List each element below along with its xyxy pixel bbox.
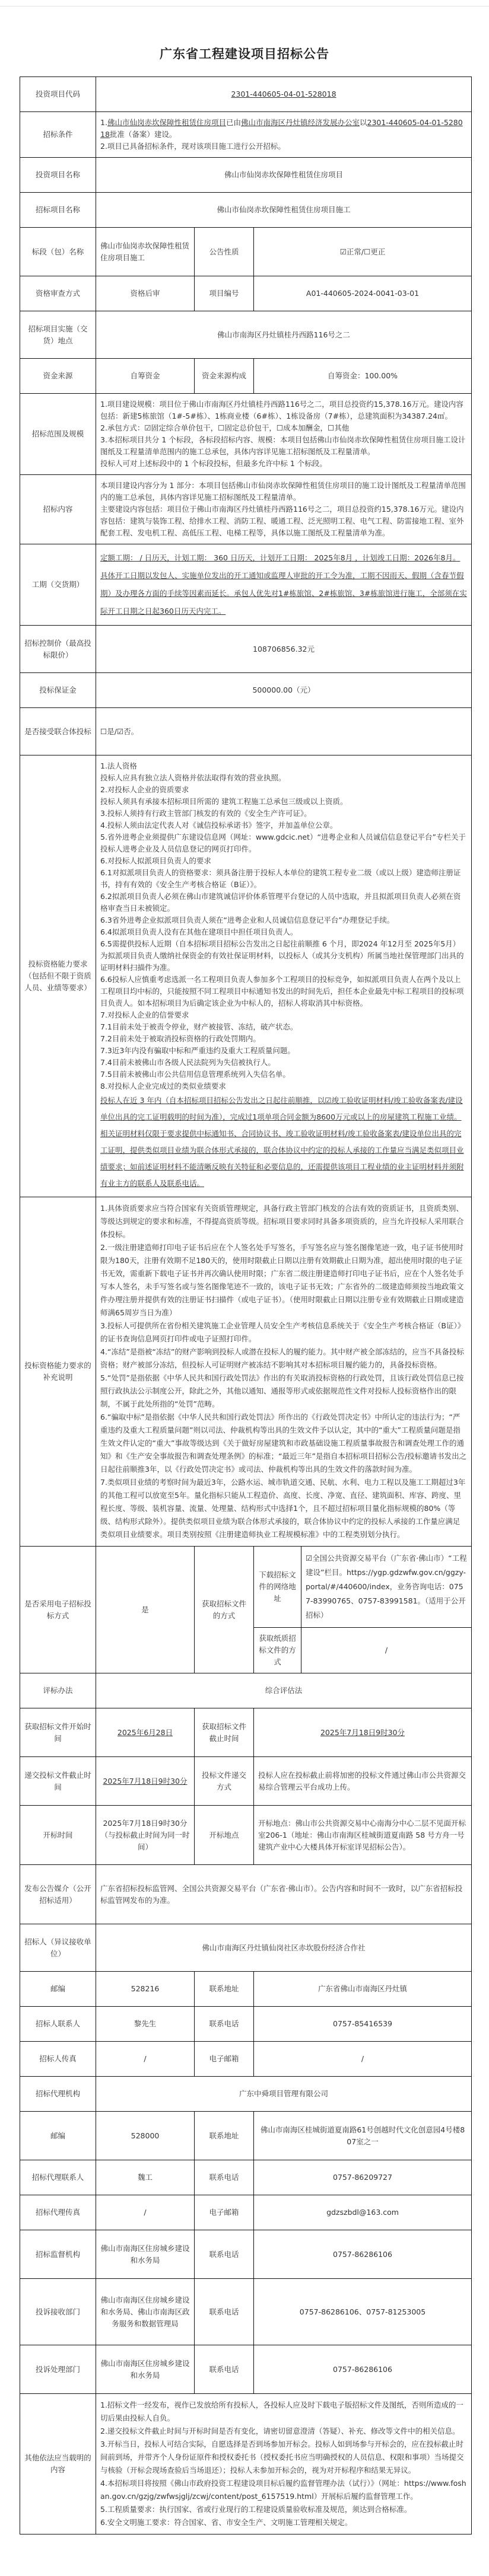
- label: 获取招标文件截止时间: [195, 1708, 254, 1757]
- row-consortium: 是否接受联合体投标 ☐是/☑否。: [20, 708, 472, 755]
- text: 投标人应具有独立法人资格并依法取得有效的营业执照。: [100, 772, 467, 784]
- project-name: 佛山市仙岗赤坎保障性租赁住房项目: [107, 118, 226, 127]
- label: 招标人联系人: [20, 2007, 96, 2042]
- label: 资金来源构成: [195, 359, 254, 394]
- address-value: 广东省佛山市南海区丹灶镇: [254, 1972, 472, 2007]
- text: 1.具体资质要求应当符合国家有关资质管理规定，具备行政主管部门核发的合法有效的资…: [100, 1202, 467, 1241]
- phone-value: 0757-86209727: [254, 2160, 472, 2195]
- text: 7.4目前未被佛山市各级人民法院列为失信被执行人。: [100, 1057, 467, 1069]
- label: 招标项目名称: [20, 193, 96, 228]
- contact-value: 魏工: [96, 2160, 195, 2195]
- label: 邮编: [20, 1972, 96, 2007]
- row-media: 发布公告媒介（公开招标适用） 广东省招标投标监管网、全国公共资源交易平台（广东省…: [20, 1865, 472, 1924]
- label: 投诉接收部门: [20, 2279, 96, 2345]
- label: 电子邮箱: [195, 2195, 254, 2230]
- text: 3.开标当日，投标人可结合实际，自愿选择是否到场参加开标会。投标人如到场参与开标…: [100, 2438, 467, 2477]
- label: 招标代理传真: [20, 2195, 96, 2230]
- evaluation-method-value: 综合评估法: [96, 1673, 472, 1708]
- page-title: 广东省工程建设项目招标公告: [0, 7, 489, 76]
- text: 3.本招标项目共分 1 个标段，各标段招标内容、规模：本项目包括佛山市仙岗赤坎保…: [100, 434, 467, 458]
- row-supplement: 投标资格能力要求的补充说明 1.具体资质要求应当符合国家有关资质管理规定，具备行…: [20, 1197, 472, 1547]
- text: 1.: [100, 118, 107, 127]
- phone-value: 0757-86286106: [254, 2230, 472, 2279]
- text: 8.对投标人企业完成过的类似业绩要求: [100, 1080, 467, 1092]
- label: 联系电话: [195, 2007, 254, 2042]
- text: 7.1目前未处于被责令停业，财产被接管、冻结，破产状态。: [100, 1021, 467, 1033]
- top-divider: [0, 0, 489, 7]
- text: 3.投标人可提供所在省份相关建筑施工企业管理人员安全生产考核信息系统关于《安全生…: [100, 1319, 467, 1346]
- label: 招标代理联系人: [20, 2160, 96, 2195]
- row-tender-conditions: 招标条件 1.佛山市仙岗赤坎保障性租赁住房项目已由佛山市南海区丹灶镇经济发展办公…: [20, 112, 472, 158]
- notice-nature-checkbox: ☑正常/☐更正: [254, 228, 472, 276]
- text: 7.5目前未被佛山市公共信用信息管理系统列入失信名单。: [100, 1069, 467, 1080]
- email-link[interactable]: gdzszbdl@163.com: [254, 2195, 472, 2230]
- text: 2.一级注册建造师打印电子证书后应在个人签名处手写签名，手写签名应与签名图像笔迹…: [100, 1241, 467, 1319]
- label: 投标保证金: [20, 673, 96, 708]
- row-tender-project-name: 招标项目名称 佛山市仙岗赤坎保障性租赁住房项目施工: [20, 193, 472, 228]
- row-agency: 招标代理机构 广东中舜项目管理有限公司: [20, 2077, 472, 2112]
- label: 招标人传真: [20, 2042, 96, 2077]
- bottom-spacer: [0, 2534, 489, 2576]
- label: 投资项目名称: [20, 158, 96, 193]
- opening-place-value: 开标地点：佛山市公共资源交易中心南海分中心二层不见面开标室206-1（地址：佛山…: [254, 1806, 472, 1865]
- text: 本项目建设内容分为 1 部分：本项目包括佛山市仙岗赤坎保障性租赁住房项目的施工设…: [100, 480, 467, 503]
- text: 6.5需提供投标人近期（自本招标项目招标公告发出之日起往前顺推 6 个月，即20…: [100, 938, 467, 974]
- obtain-end-value: 2025年7月18日9时30分: [254, 1708, 472, 1757]
- label: 下载招标文件的网络地址: [254, 1547, 301, 1628]
- row-electronic-download: 是否采用电子招标投标方式 是 获取招标文件的方式 下载招标文件的网络地址 ☑全国…: [20, 1547, 472, 1628]
- label: 电子邮箱: [195, 2042, 254, 2077]
- row-control-price: 招标控制价（最高投标限价） 108706856.32元: [20, 626, 472, 673]
- performance-supervision-link[interactable]: 4.本招标项目将按照《佛山市政府投资工程建设项目标后履约监督管理办法（试行）》（…: [100, 2477, 467, 2503]
- content-value: 本项目建设内容分为 1 部分：本项目包括佛山市仙岗赤坎保障性租赁住房项目的施工设…: [96, 475, 472, 544]
- text: 1.项目建设规模：项目位于佛山市南海区丹灶镇桂丹西路116号之二，项目总投资约1…: [100, 398, 467, 422]
- label: 联系电话: [195, 2345, 254, 2394]
- scope-value: 1.项目建设规模：项目位于佛山市南海区丹灶镇桂丹西路116号之二，项目总投资约1…: [96, 394, 472, 475]
- text: 6.“骗取中标”是指依据《中华人民共和国行政处罚法》所作出的《行政处罚决定书》中…: [100, 1411, 467, 1476]
- label: 联系地址: [195, 2112, 254, 2160]
- obtain-start-value: 2025年6月28日: [96, 1708, 195, 1757]
- postcode-value: 528000: [96, 2112, 195, 2160]
- text: 6.4拟派项目负责人没有在其他在建项目中担任项目负责人。: [100, 926, 467, 938]
- submit-deadline-value: 2025年7月18日9时30分: [96, 1757, 195, 1806]
- tender-project-name-value: 佛山市仙岗赤坎保障性租赁住房项目施工: [96, 193, 472, 228]
- label: 投标文件递交方式: [195, 1757, 254, 1806]
- row-tenderer-fax: 招标人传真 / 电子邮箱 /: [20, 2042, 472, 2077]
- approval-office: 佛山市南海区丹灶镇经济发展办公室: [241, 118, 360, 127]
- label: 公告性质: [195, 228, 254, 276]
- row-obtain-time: 获取招标文件开始时间 2025年6月28日 获取招标文件截止时间 2025年7月…: [20, 1708, 472, 1757]
- row-content: 招标内容 本项目建设内容分为 1 部分：本项目包括佛山市仙岗赤坎保障性租赁住房项…: [20, 475, 472, 544]
- text: 6.1对拟派项目负责人的资格要求：须具备注册于投标人本单位的建筑工程专业二级（或…: [100, 867, 467, 891]
- label: 标段（包）名称: [20, 228, 96, 276]
- label: 招标内容: [20, 475, 96, 544]
- complaint-receive-value: 佛山市南海区住房城乡建设和水务局、佛山市南海区政务服务和数据管理局: [96, 2279, 195, 2345]
- label: 投诉处理部门: [20, 2345, 96, 2394]
- tenderer-value: 佛山市南海区丹灶镇仙岗社区赤坎股份经济合作社: [96, 1924, 472, 1972]
- tender-conditions-value: 1.佛山市仙岗赤坎保障性租赁住房项目已由佛山市南海区丹灶镇经济发展办公室以230…: [96, 112, 472, 158]
- label: 是否采用电子招标投标方式: [20, 1547, 96, 1673]
- download-url-link[interactable]: ☑全国公共资源交易平台（广东省·佛山市）“工程建设”栏目。https://ygp…: [301, 1547, 472, 1628]
- row-tenderer: 招标人（异议接收单位） 佛山市南海区丹灶镇仙岗社区赤坎股份经济合作社: [20, 1924, 472, 1972]
- label: 邮编: [20, 2112, 96, 2160]
- text: 7.对投标人企业的信誉要求: [100, 1009, 467, 1021]
- label: 开标时间: [20, 1806, 96, 1865]
- supervision-value: 佛山市南海区住房城乡建设和水务局: [96, 2230, 195, 2279]
- row-qualification: 资格审查方式 资格后审 项目编号 A01-440605-2024-0041-03…: [20, 276, 472, 311]
- label: 工期（交货期）: [20, 544, 96, 626]
- row-agency-fax: 招标代理传真 / 电子邮箱 gdzszbdl@163.com: [20, 2195, 472, 2230]
- qualification-method-value: 资格后审: [96, 276, 195, 311]
- other-value: 1.招标文件一经发布，视作已发放给所有投标人，各投标人应及时下载电子版招标文件及…: [96, 2394, 472, 2534]
- text: 批准（备案）建设。: [110, 130, 177, 139]
- text: 7.3近3年内没有骗取中标和严重违约及重大工程质量问题。: [100, 1045, 467, 1057]
- label: 评标办法: [20, 1673, 96, 1708]
- label: 招标控制价（最高投标限价）: [20, 626, 96, 673]
- label: 招标人（异议接收单位）: [20, 1924, 96, 1972]
- bid-bond-value: 500000.00（元）: [96, 673, 472, 708]
- label: 资金来源: [20, 359, 96, 394]
- section-name-value: 佛山市仙岗赤坎保障性租赁住房项目施工: [96, 228, 195, 276]
- text: 2.项目已具备招标条件，现对该项目施工进行公开招标。: [100, 141, 467, 152]
- funding-composition-value: 自筹资金：100.00%: [254, 359, 472, 394]
- phone-value: 0757-86286106: [254, 2345, 472, 2394]
- row-agency-post: 邮编 528000 联系地址 佛山市南海区桂城街道夏南路61号创越时代文化创意园…: [20, 2112, 472, 2160]
- text: 5.“处罚”是指依据《中华人民共和国行政处罚法》作出的有关取消投标资格的行政处罚…: [100, 1372, 467, 1411]
- fax-value: /: [96, 2195, 195, 2230]
- control-price-value: 108706856.32元: [96, 626, 472, 673]
- row-complaint-receive: 投诉接收部门 佛山市南海区住房城乡建设和水务局、佛山市南海区政务服务和数据管理局…: [20, 2279, 472, 2345]
- text: 投标人须具有承接本招标项目所需的 建筑工程施工总承包三级或以上资质。: [100, 796, 467, 808]
- label: 开标地点: [195, 1806, 254, 1865]
- complaint-handle-value: 佛山市南海区住房城乡建设和水务局: [96, 2345, 195, 2394]
- row-other: 其他依法应当载明的内容 1.招标文件一经发布，视作已发放给所有投标人，各投标人应…: [20, 2394, 472, 2534]
- contract-method-checkboxes: 2.承包方式：☑固定综合单价包干，☐固定总价包干，☐成本加酬金，☐其他: [100, 422, 467, 434]
- text: 以: [360, 118, 367, 127]
- text: 3.投标人须持有行政主管部门核发的有效的《安全生产许可证》。: [100, 808, 467, 820]
- label: 获取招标文件开始时间: [20, 1708, 96, 1757]
- text: 已由: [226, 118, 241, 127]
- row-investment-code: 投资项目代码 2301-440605-04-01-528018: [20, 77, 472, 112]
- fax-value: /: [96, 2042, 195, 2077]
- requirements-value: 1.法人资格 投标人应具有独立法人资格并依法取得有效的营业执照。 2.对投标人企…: [96, 755, 472, 1197]
- row-bid-bond: 投标保证金 500000.00（元）: [20, 673, 472, 708]
- label: 招标代理机构: [20, 2077, 96, 2112]
- row-agency-contact: 招标代理联系人 魏工 联系电话 0757-86209727: [20, 2160, 472, 2195]
- label: 投标资格能力要求的补充说明: [20, 1197, 96, 1547]
- label: 发布公告媒介（公开招标适用）: [20, 1865, 96, 1924]
- row-funding: 资金来源 自筹资金 资金来源构成 自筹资金：100.00%: [20, 359, 472, 394]
- row-section-name: 标段（包）名称 佛山市仙岗赤坎保障性租赁住房项目施工 公告性质 ☑正常/☐更正: [20, 228, 472, 276]
- investment-code-value: 2301-440605-04-01-528018: [96, 77, 472, 112]
- text: 5.工程质量要求：执行国家、省或行业现行的工程建设质量验收标准及规范，须达到合格…: [100, 2503, 467, 2516]
- submit-method-value: 投标人应在投标截止前将加密的投标文件通过佛山市公共资源交易综合管理云平台成功上传…: [254, 1757, 472, 1806]
- label: 联系电话: [195, 2160, 254, 2195]
- row-tenderer-contact: 招标人联系人 黎先生 联系电话 0757-85416539: [20, 2007, 472, 2042]
- text: 6.对投标人拟派项目负责人的要求: [100, 855, 467, 867]
- label: 联系电话: [195, 2279, 254, 2345]
- label: 获取纸质招标文件的方式: [254, 1628, 301, 1673]
- row-location: 招标项目实施（交货）地点 佛山市南海区丹灶镇桂丹西路116号之二: [20, 311, 472, 359]
- label: 招标条件: [20, 112, 96, 158]
- label: 投标资格能力要求（包括但不限于资质人员、业绩等要求）: [20, 755, 96, 1197]
- text: 5.省外进粤企业须提供广东建设信息网（网址：www.gdcic.net）“进粤企…: [100, 831, 467, 855]
- funding-source-value: 自筹资金: [96, 359, 195, 394]
- opening-time-value: 2025年7月18日9时30分（与投标截止时间为同一时间）: [96, 1806, 195, 1865]
- text: 7.2目前未处于被取消投标资格的行政处罚期内。: [100, 1033, 467, 1045]
- electronic-bidding-value: 是: [96, 1547, 195, 1673]
- consortium-checkbox: ☐是/☑否。: [96, 708, 472, 755]
- label: 招标监督机构: [20, 2230, 96, 2279]
- row-complaint-handle: 投诉处理部门 佛山市南海区住房城乡建设和水务局 联系电话 0757-862861…: [20, 2345, 472, 2394]
- label: 资格审查方式: [20, 276, 96, 311]
- label: 递交投标文件截止时间: [20, 1757, 96, 1806]
- text: 1.招标文件一经发布，视作已发放给所有投标人，各投标人应及时下载电子版招标文件及…: [100, 2399, 467, 2425]
- investment-name-value: 佛山市仙岗赤坎保障性租赁住房项目: [96, 158, 472, 193]
- contact-value: 黎先生: [96, 2007, 195, 2042]
- tender-notice-table: 投资项目代码 2301-440605-04-01-528018 招标条件 1.佛…: [20, 76, 472, 2534]
- label: 联系地址: [195, 1972, 254, 2007]
- row-investment-name: 投资项目名称 佛山市仙岗赤坎保障性租赁住房项目: [20, 158, 472, 193]
- row-requirements: 投标资格能力要求（包括但不限于资质人员、业绩等要求） 1.法人资格 投标人应具有…: [20, 755, 472, 1197]
- email-value: /: [254, 2042, 472, 2077]
- phone-value: 0757-86286106、0757-81253005: [254, 2279, 472, 2345]
- text: 6.2拟派项目负责人必须在佛山市建筑诚信评价体系管理平台登记的人员中选取，并且拟…: [100, 891, 467, 914]
- row-tenderer-post: 邮编 528216 联系地址 广东省佛山市南海区丹灶镇: [20, 1972, 472, 2007]
- label: 招标项目实施（交货）地点: [20, 311, 96, 359]
- phone-value: 0757-85416539: [254, 2007, 472, 2042]
- row-evaluation: 评标办法 综合评估法: [20, 1673, 472, 1708]
- text: 2.递交投标文件截止时间与开标时间是否有变化，请密切留意澄清（答疑）、补充、修改…: [100, 2425, 467, 2438]
- label: 是否接受联合体投标: [20, 708, 96, 755]
- text: 6.6投标人应慎重考虑选派一名工程项目负责人参加多个工程项目的投标竞争，如拟派项…: [100, 974, 467, 1009]
- project-number-value: A01-440605-2024-0041-03-01: [254, 276, 472, 311]
- text: 主要建设内容包括：项目位于佛山市南海区丹灶镇桂丹西路116号之二，项目总投资约1…: [100, 503, 467, 539]
- row-opening: 开标时间 2025年7月18日9时30分（与投标截止时间为同一时间） 开标地点 …: [20, 1806, 472, 1865]
- text: 6.3省外进粤企业拟派项目负责人须在“进粤企业和人员诚信信息登记平台”办理登记手…: [100, 914, 467, 926]
- agency-value: 广东中舜项目管理有限公司: [96, 2077, 472, 2112]
- media-value: 广东省招标投标监管网、全国公共资源交易平台（广东省·佛山市）。公告内容和时间不一…: [96, 1865, 472, 1924]
- text: 7.类似项目业绩的考察时间为最近3年，公路水运、城市轨道交通、民航、水利、电力工…: [100, 1476, 467, 1541]
- label: 招标范围及规模: [20, 394, 96, 475]
- label: 获取招标文件的方式: [195, 1547, 254, 1673]
- supplement-value: 1.具体资质要求应当符合国家有关资质管理规定，具备行政主管部门核发的合法有效的资…: [96, 1197, 472, 1547]
- text: 2.对投标人企业的资质要求: [100, 784, 467, 796]
- location-value: 佛山市南海区丹灶镇桂丹西路116号之二: [96, 311, 472, 359]
- row-supervision: 招标监督机构 佛山市南海区住房城乡建设和水务局 联系电话 0757-862861…: [20, 2230, 472, 2279]
- label: 其他依法应当载明的内容: [20, 2394, 96, 2534]
- postcode-value: 528216: [96, 1972, 195, 2007]
- text: 4.投标人须由法定代表人对《诚信投标承诺书》签字，并加盖单位公章。: [100, 820, 467, 831]
- label: 联系电话: [195, 2230, 254, 2279]
- row-submit: 递交投标文件截止时间 2025年7月18日9时30分 投标文件递交方式 投标人应…: [20, 1757, 472, 1806]
- text: 1.法人资格: [100, 760, 467, 772]
- paper-method-value: /: [301, 1628, 472, 1673]
- label: 投资项目代码: [20, 77, 96, 112]
- label: 项目编号: [195, 276, 254, 311]
- row-duration: 工期（交货期） 定额工期： / 日历天，计划工期： 360 日历天，计划开工日期…: [20, 544, 472, 626]
- row-scope: 招标范围及规模 1.项目建设规模：项目位于佛山市南海区丹灶镇桂丹西路116号之二…: [20, 394, 472, 475]
- performance-requirement: 投标人在近 3 年内（自本招标项目招标公告发出之日起往前顺推，以☑竣工验收证明材…: [100, 1092, 467, 1192]
- duration-value: 定额工期： / 日历天，计划工期： 360 日历天，计划开工日期： 2025年8…: [96, 544, 472, 626]
- text: 6.安全文明施工要求：符合国家、省、市安全生产、文明施工管理相关规定。: [100, 2516, 467, 2529]
- text: 4.“冻结”是指被“冻结”的财产影响到投标人或潜在投标人的履约能力。其中财产被全…: [100, 1346, 467, 1372]
- text: 投标人可对上述标段中的 1 个标段投标，但最多允许中标 1 个标段。: [100, 458, 467, 470]
- address-value: 佛山市南海区桂城街道夏南路61号创越时代文化创意园4号楼807室之一: [254, 2112, 472, 2160]
